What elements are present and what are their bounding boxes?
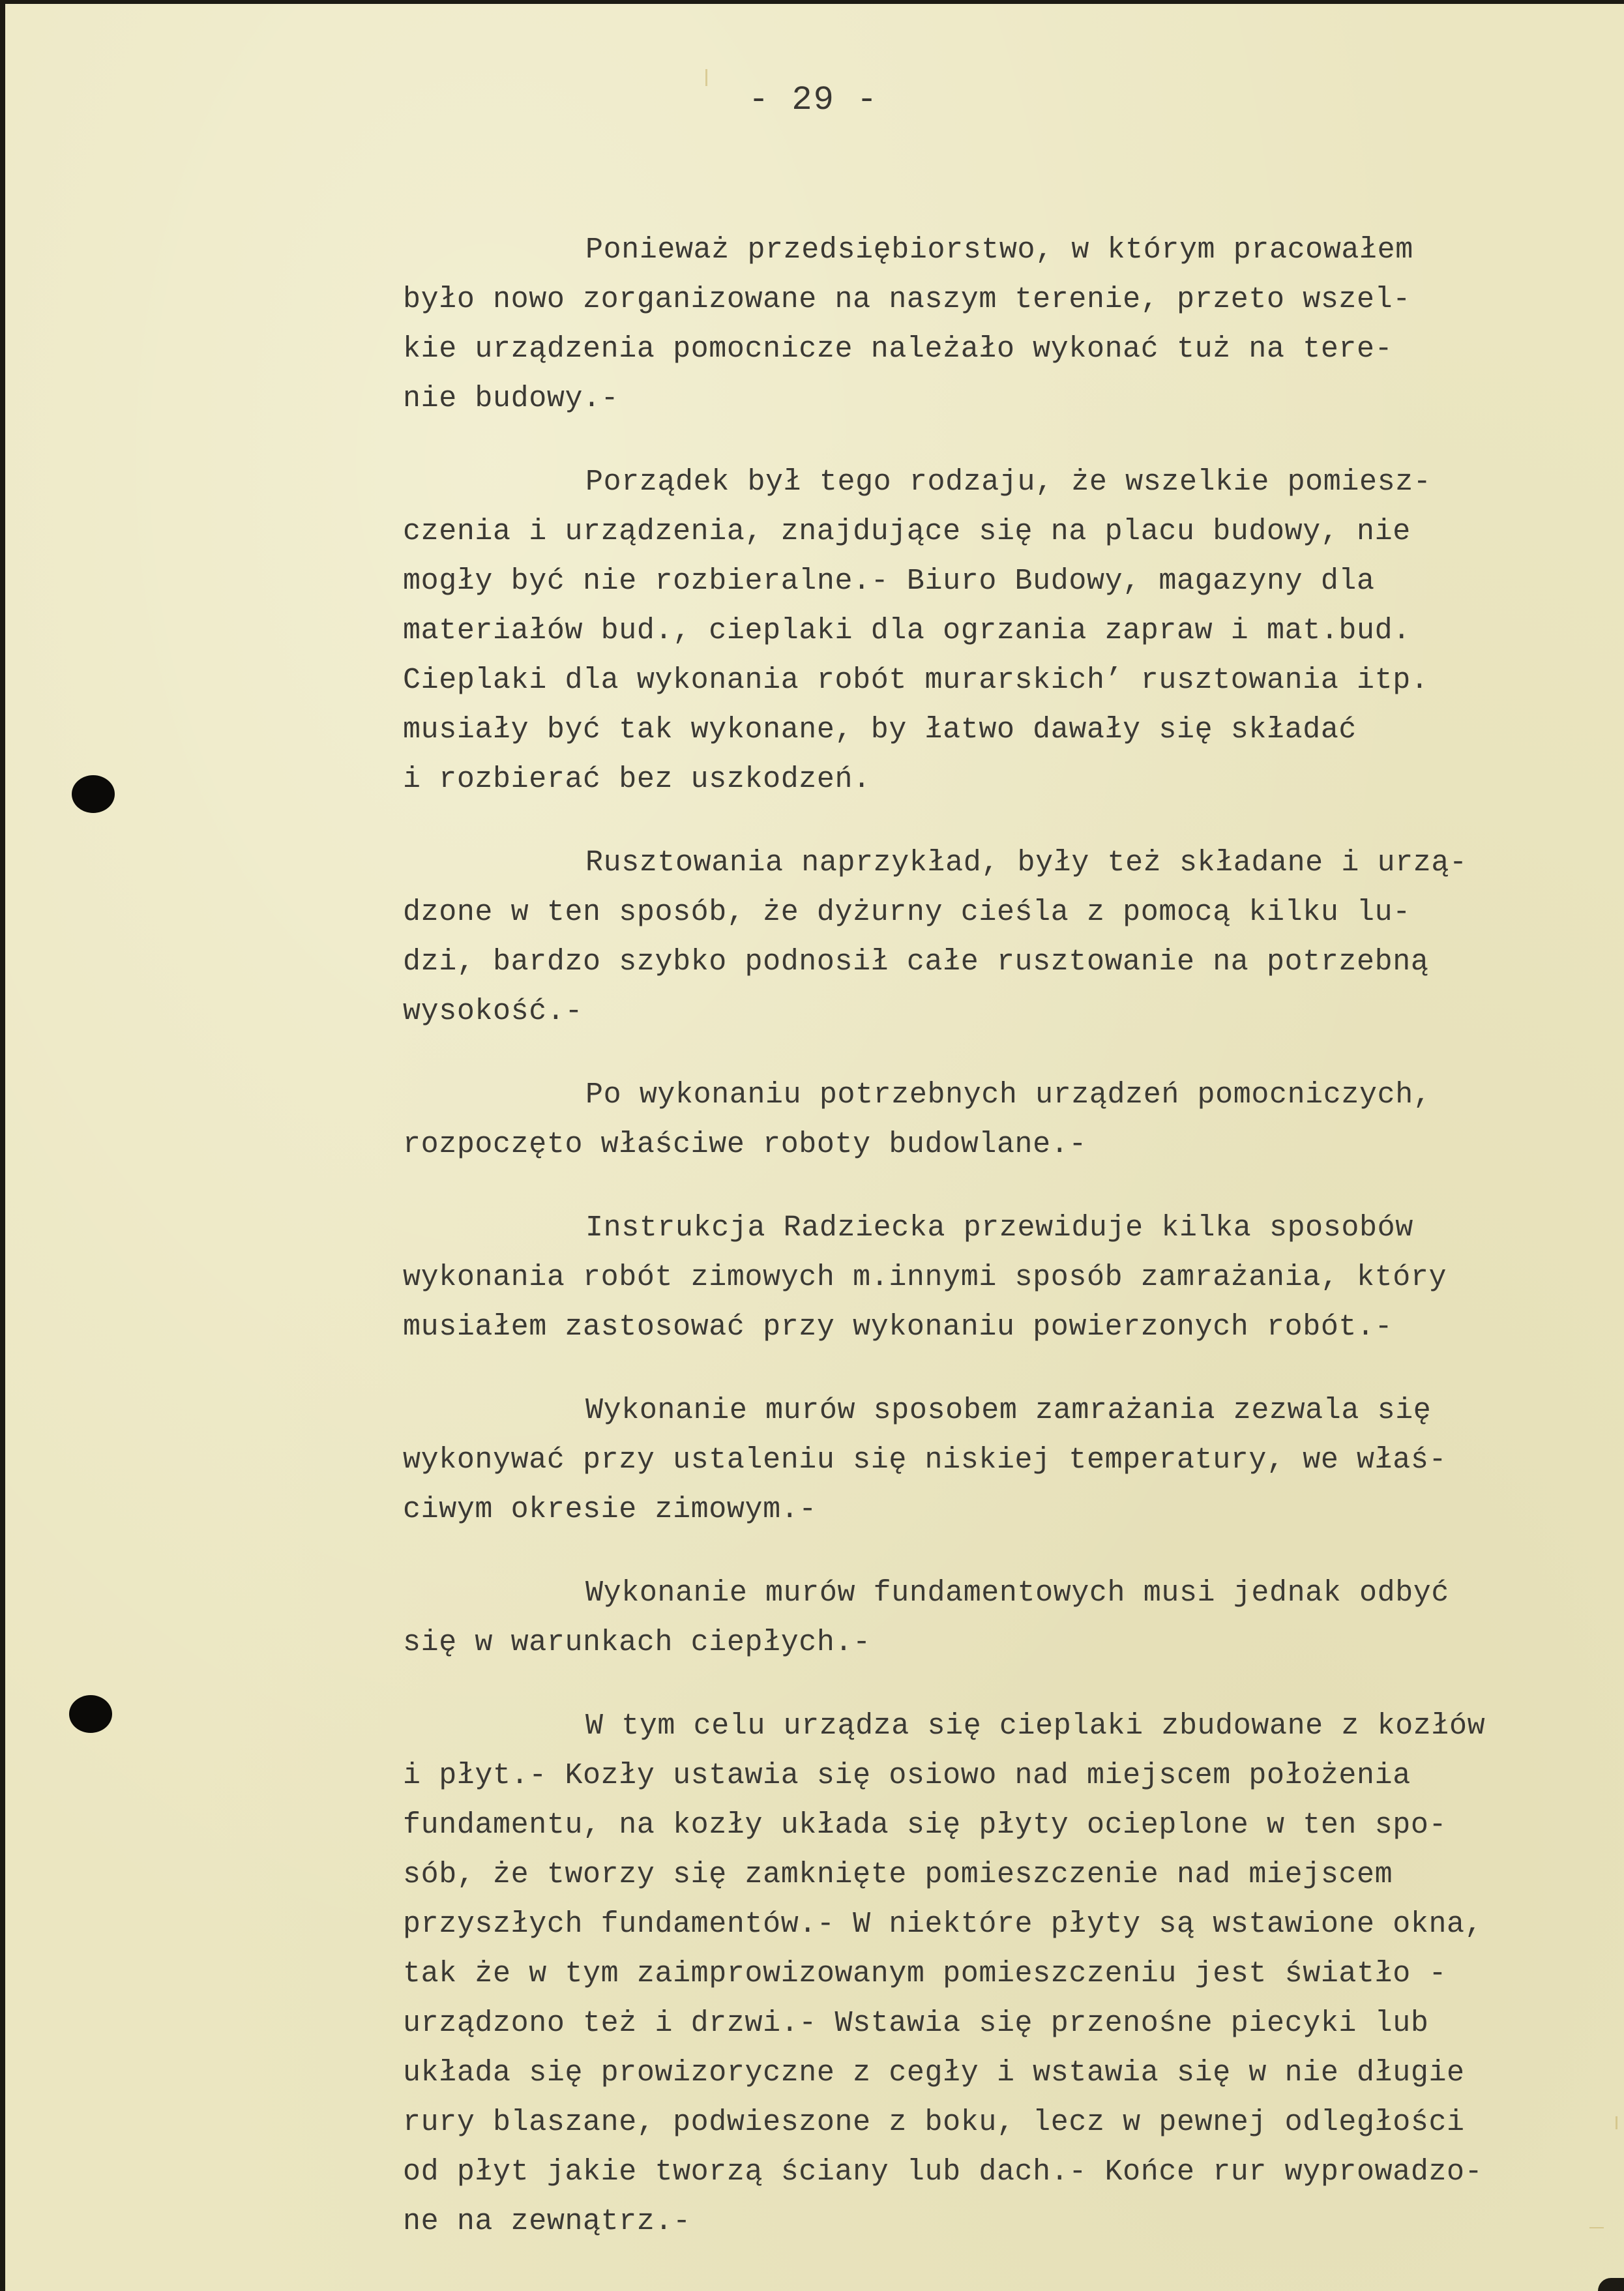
text-line: dzone w ten sposób, że dyżurny cieśla z … (403, 888, 1609, 938)
text-line: Rusztowania naprzykład, były też składan… (403, 838, 1609, 888)
text-line: ciwym okresie zimowym.- (403, 1485, 1609, 1535)
paragraph-2: Porządek był tego rodzaju, że wszelkie p… (403, 458, 1609, 805)
typewritten-page: - 29 - Ponieważ przedsiębiorstwo, w któr… (0, 0, 1624, 2291)
text-line: Ponieważ przedsiębiorstwo, w którym prac… (403, 226, 1609, 275)
text-line: było nowo zorganizowane na naszym tereni… (403, 275, 1609, 325)
paragraph-8: W tym celu urządza się cieplaki zbudowan… (403, 1702, 1609, 2247)
text-line: Wykonanie murów sposobem zamrażania zezw… (403, 1386, 1609, 1436)
punch-hole-top (72, 775, 115, 813)
text-line: dzi, bardzo szybko podnosił całe rusztow… (403, 938, 1609, 987)
text-line: sób, że tworzy się zamknięte pomieszczen… (403, 1850, 1609, 1900)
text-line: kie urządzenia pomocnicze należało wykon… (403, 325, 1609, 374)
text-line: musiałem zastosować przy wykonaniu powie… (403, 1303, 1609, 1352)
punch-hole-bottom (69, 1695, 112, 1733)
text-line: Wykonanie murów fundamentowych musi jedn… (403, 1569, 1609, 1618)
text-line: Cieplaki dla wykonania robót murarskich’… (403, 656, 1609, 705)
text-line: przyszłych fundamentów.- W niektóre płyt… (403, 1900, 1609, 1949)
text-line: urządzono też i drzwi.- Wstawia się prze… (403, 1999, 1609, 2048)
paragraph-7: Wykonanie murów fundamentowych musi jedn… (403, 1569, 1609, 1668)
text-line: Porządek był tego rodzaju, że wszelkie p… (403, 458, 1609, 507)
text-line: od płyt jakie tworzą ściany lub dach.- K… (403, 2148, 1609, 2197)
paper-fiber (1616, 2116, 1617, 2129)
paragraph-6: Wykonanie murów sposobem zamrażania zezw… (403, 1386, 1609, 1535)
text-line: i rozbierać bez uszkodzeń. (403, 755, 1609, 805)
text-line: i płyt.- Kozły ustawia się osiowo nad mi… (403, 1751, 1609, 1801)
paragraph-4: Po wykonaniu potrzebnych urządzeń pomocn… (403, 1071, 1609, 1170)
text-line: wykonania robót zimowych m.innymi sposób… (403, 1253, 1609, 1303)
text-line: fundamentu, na kozły układa się płyty oc… (403, 1801, 1609, 1850)
text-line: wysokość.- (403, 987, 1609, 1037)
text-line: mogły być nie rozbieralne.- Biuro Budowy… (403, 557, 1609, 606)
text-line: Po wykonaniu potrzebnych urządzeń pomocn… (403, 1071, 1609, 1120)
text-line: ne na zewnątrz.- (403, 2197, 1609, 2247)
text-line: W tym celu urządza się cieplaki zbudowan… (403, 1702, 1609, 1751)
paragraph-1: Ponieważ przedsiębiorstwo, w którym prac… (403, 226, 1609, 424)
text-line: rozpoczęto właściwe roboty budowlane.- (403, 1120, 1609, 1170)
text-line: musiały być tak wykonane, by łatwo dawał… (403, 705, 1609, 755)
text-line: nie budowy.- (403, 374, 1609, 424)
paragraph-5: Instrukcja Radziecka przewiduje kilka sp… (403, 1204, 1609, 1352)
text-line: rury blaszane, podwieszone z boku, lecz … (403, 2098, 1609, 2148)
text-line: czenia i urządzenia, znajdujące się na p… (403, 507, 1609, 557)
page-number: - 29 - (748, 81, 878, 119)
text-line: tak że w tym zaimprowizowanym pomieszcze… (403, 1949, 1609, 1999)
paper-fiber (705, 69, 707, 86)
text-line: materiałów bud., cieplaki dla ogrzania z… (403, 606, 1609, 656)
document-body: Ponieważ przedsiębiorstwo, w którym prac… (403, 226, 1609, 2281)
text-line: wykonywać przy ustaleniu się niskiej tem… (403, 1436, 1609, 1485)
paragraph-3: Rusztowania naprzykład, były też składan… (403, 838, 1609, 1037)
text-line: układa się prowizoryczne z cegły i wstaw… (403, 2048, 1609, 2098)
text-line: się w warunkach ciepłych.- (403, 1618, 1609, 1668)
text-line: Instrukcja Radziecka przewiduje kilka sp… (403, 1204, 1609, 1253)
